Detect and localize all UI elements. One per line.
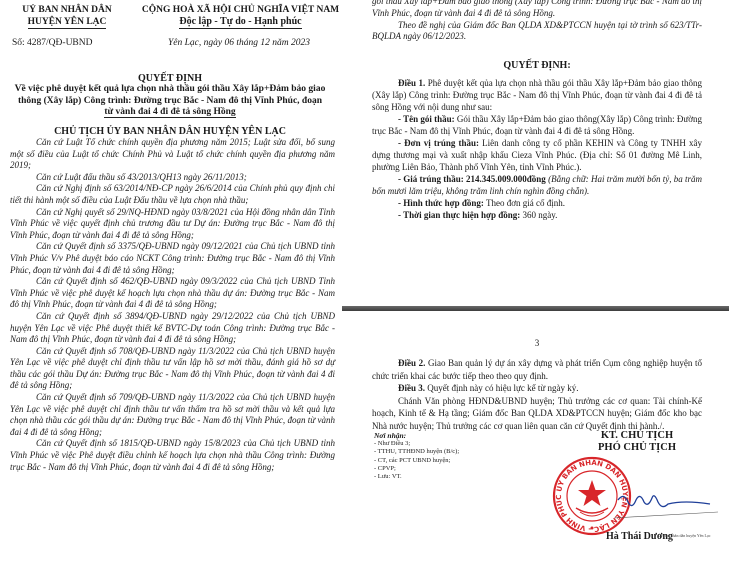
recipient-item: - Như Điều 3; — [374, 440, 514, 448]
decision-title: QUYẾT ĐỊNH — [0, 73, 340, 84]
subject-line-3: từ vành đai 4 đi đê tả sông Hồng — [104, 107, 235, 118]
decides-heading: QUYẾT ĐỊNH: — [372, 60, 702, 71]
nation-name: CỘNG HOÀ XÃ HỘI CHỦ NGHĨA VIỆT NAM — [138, 4, 343, 16]
article-1-item: - Đơn vị trúng thầu: Liên danh công ty c… — [372, 137, 702, 173]
legal-basis-continued: gói thầu Xây lắp+Đảm bảo giao thông (Xây… — [372, 0, 702, 43]
legal-bases: Căn cứ Luật Tổ chức chính quyền địa phươ… — [10, 137, 335, 473]
issuing-agency: UỶ BAN NHÂN DÂN HUYỆN YÊN LẠC — [12, 4, 122, 29]
legal-basis-item: Căn cứ Quyết định số 3375/QĐ-UBND ngày 0… — [10, 241, 335, 276]
recipient-item: - CPVP; — [374, 465, 514, 473]
item-label: - Đơn vị trúng thầu: — [398, 138, 479, 148]
item-label: - Hình thức hợp đồng: — [398, 198, 484, 208]
recipients-title: Nơi nhận: — [374, 432, 514, 440]
document-number: Số: 4287/QĐ-UBND — [12, 38, 93, 48]
item-label: - Thời gian thực hiện hợp đồng: — [398, 210, 520, 220]
article-2: Điều 2. Giao Ban quản lý dự án xây dựng … — [372, 357, 702, 382]
subject-line-1: Về việc phê duyệt kết quả lựa chọn nhà t… — [10, 84, 330, 96]
national-header: CỘNG HOÀ XÃ HỘI CHỦ NGHĨA VIỆT NAM Độc l… — [138, 4, 343, 29]
page-number: 3 — [372, 338, 702, 348]
recipient-item: - CT, các PCT UBND huyện; — [374, 457, 514, 465]
articles-2-3: Điều 2. Giao Ban quản lý dự án xây dựng … — [372, 357, 702, 433]
continued-basis: gói thầu Xây lắp+Đảm bảo giao thông (Xây… — [372, 0, 702, 20]
signature-note: Ủy ban nhân dân huyện Yên Lạc — [658, 533, 711, 538]
article-3-text: Quyết định này có hiệu lực kể từ ngày ký… — [425, 383, 578, 393]
legal-basis-item: Căn cứ Quyết định số 462/QĐ-UBND ngày 09… — [10, 276, 335, 311]
handwritten-signature-icon — [610, 488, 720, 528]
article-1-label: Điều 1. — [398, 78, 425, 88]
legal-basis-item: Căn cứ Luật Tổ chức chính quyền địa phươ… — [10, 137, 335, 172]
place-date: Yên Lạc, ngày 06 tháng 12 năm 2023 — [168, 38, 310, 48]
signature-line-1: KT. CHỦ TỊCH — [562, 430, 712, 442]
article-1-item: - Giá trúng thầu: 214.345.009.000đồng (B… — [372, 173, 702, 197]
article-3: Điều 3. Quyết định này có hiệu lực kể từ… — [372, 382, 702, 395]
decision-subject: Về việc phê duyệt kết quả lựa chọn nhà t… — [10, 84, 330, 119]
item-label: - Giá trúng thầu: 214.345.009.000đồng — [398, 174, 546, 184]
legal-basis-item: Căn cứ Luật đấu thầu số 43/2013/QH13 ngà… — [10, 172, 335, 184]
page-break-divider — [342, 306, 729, 311]
subject-line-2: thông (Xây lắp) Công trình: Đường trục B… — [10, 96, 330, 108]
signature-line-2: PHÓ CHỦ TỊCH — [562, 442, 712, 454]
legal-basis-item: Căn cứ Nghị định số 63/2014/NĐ-CP ngày 2… — [10, 183, 335, 206]
article-1-item: - Thời gian thực hiện hợp đồng: 360 ngày… — [372, 209, 702, 221]
signature-title: KT. CHỦ TỊCH PHÓ CHỦ TỊCH — [562, 430, 712, 454]
recipients: Nơi nhận: - Như Điều 3; - TTHU, TTHĐND h… — [374, 432, 514, 481]
agency-line-2: HUYỆN YÊN LẠC — [28, 16, 107, 29]
recipient-item: - TTHU, TTHĐND huyện (B/c); — [374, 448, 514, 456]
proposal-basis: Theo đề nghị của Giám đốc Ban QLDA XD&PT… — [372, 20, 702, 44]
execution-clause: Chánh Văn phòng HĐND&UBND huyện; Thủ trư… — [372, 395, 702, 433]
national-motto: Độc lập - Tự do - Hạnh phúc — [179, 16, 301, 29]
agency-line-1: UỶ BAN NHÂN DÂN — [12, 4, 122, 16]
article-2-label: Điều 2. — [398, 358, 425, 368]
issuing-authority: CHỦ TỊCH ỦY BAN NHÂN DÂN HUYỆN YÊN LẠC — [0, 126, 340, 137]
legal-basis-item: Căn cứ Quyết định số 1815/QĐ-UBND ngày 1… — [10, 438, 335, 473]
legal-basis-item: Căn cứ Nghị quyết số 29/NQ-HĐND ngày 03/… — [10, 207, 335, 242]
article-1-item: - Tên gói thầu: Gói thầu Xây lắp+Đảm bảo… — [372, 113, 702, 137]
recipient-item: - Lưu: VT. — [374, 473, 514, 481]
item-value: Theo đơn giá cố định. — [484, 198, 565, 208]
legal-basis-item: Căn cứ Quyết định số 3894/QĐ-UBND ngày 2… — [10, 311, 335, 346]
legal-basis-item: Căn cứ Quyết định số 709/QĐ-UBND ngày 11… — [10, 392, 335, 438]
article-1: Điều 1. Phê duyệt kết qủa lựa chọn nhà t… — [372, 77, 702, 221]
item-label: - Tên gói thầu: — [398, 114, 455, 124]
item-value: 360 ngày. — [520, 210, 557, 220]
legal-basis-item: Căn cứ Quyết định số 708/QĐ-UBND ngày 11… — [10, 346, 335, 392]
article-1-item: - Hình thức hợp đồng: Theo đơn giá cố đị… — [372, 197, 702, 209]
article-3-label: Điều 3. — [398, 383, 425, 393]
